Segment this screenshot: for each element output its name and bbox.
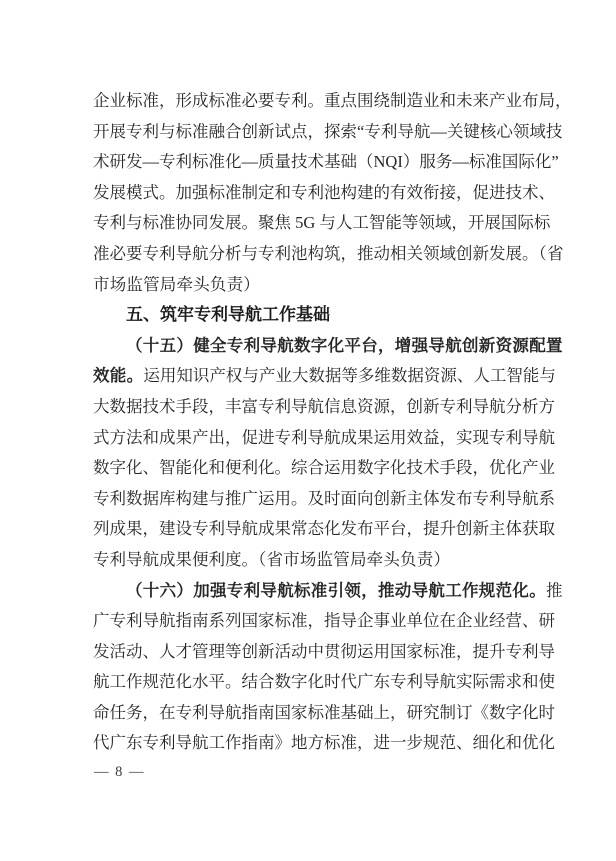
text-segment: 专利数据库构建与推广运用。及时面向创新主体发布专利导航系 [93, 489, 555, 508]
text-segment: 发活动、人才管理等创新活动中贯彻运用国家标准，提升专利导 [93, 642, 555, 661]
section-heading: 五、筑牢专利导航工作基础 [93, 300, 545, 331]
text-line: 命任务，在专利导航指南国家标准基础上，研究制订《数字化时 [93, 698, 545, 729]
text-line: 式方法和成果产出，促进专利导航成果运用效益，实现专利导航 [93, 423, 545, 454]
text-line: 发展模式。加强标准制定和专利池构建的有效衔接，促进技术、 [93, 178, 545, 209]
text-segment: 推 [546, 581, 563, 600]
text-line: 效能。运用知识产权与产业大数据等多维数据资源、人工智能与 [93, 361, 545, 392]
text-segment: 列成果，建设专利导航成果常态化发布平台，提升创新主体获取 [93, 519, 555, 538]
document-body: 企业标准，形成标准必要专利。重点围绕制造业和未来产业布局，开展专利与标准融合创新… [93, 86, 545, 759]
text-segment: （十六）加强专利导航标准引领，推动导航工作规范化。 [126, 581, 546, 600]
text-line: 开展专利与标准融合创新试点，探索“专利导航—关键核心领域技 [93, 117, 545, 148]
text-line: 专利与标准协同发展。聚焦 5G 与人工智能等领域，开展国际标 [93, 208, 545, 239]
section-heading-text: 五、筑牢专利导航工作基础 [126, 305, 330, 324]
text-line: 广专利导航指南系列国家标准，指导企事业单位在企业经营、研 [93, 606, 545, 637]
text-line: （十六）加强专利导航标准引领，推动导航工作规范化。推 [93, 576, 545, 607]
text-segment: 专利与标准协同发展。聚焦 5G 与人工智能等领域，开展国际标 [93, 213, 550, 232]
text-segment: 效能。 [93, 366, 143, 385]
text-segment: 企业标准，形成标准必要专利。重点围绕制造业和未来产业布局， [93, 91, 572, 110]
text-segment: 准必要专利导航分析与专利池构筑，推动相关领域创新发展。 [93, 244, 539, 263]
text-segment: 广专利导航指南系列国家标准，指导企事业单位在企业经营、研 [93, 611, 555, 630]
text-line: 专利数据库构建与推广运用。及时面向创新主体发布专利导航系 [93, 484, 545, 515]
text-segment: 大数据技术手段，丰富专利导航信息资源，创新专利导航分析方 [93, 397, 555, 416]
text-segment: 运用知识产权与产业大数据等多维数据资源、人工智能与 [143, 366, 556, 385]
text-line: （十五）健全专利导航数字化平台，增强导航创新资源配置 [93, 331, 545, 362]
text-line: 代广东专利导航工作指南》地方标准，进一步规范、细化和优化 [93, 728, 545, 759]
text-line: 列成果，建设专利导航成果常态化发布平台，提升创新主体获取 [93, 514, 545, 545]
text-line: 企业标准，形成标准必要专利。重点围绕制造业和未来产业布局， [93, 86, 545, 117]
text-segment: （省 [539, 244, 564, 263]
text-line: 数字化、智能化和便利化。综合运用数字化技术手段，优化产业 [93, 453, 545, 484]
text-segment: 专利导航成果便利度。 [93, 550, 258, 569]
text-line: 航工作规范化水平。结合数字化时代广东专利导航实际需求和使 [93, 667, 545, 698]
text-segment: 命任务，在专利导航指南国家标准基础上，研究制订《数字化时 [93, 703, 555, 722]
document-page: 企业标准，形成标准必要专利。重点围绕制造业和未来产业布局，开展专利与标准融合创新… [0, 0, 616, 861]
page-number: — 8 — [94, 762, 145, 782]
text-segment: 市场监管局牵头负责） [93, 275, 260, 294]
text-segment: 术研发—专利标准化—质量技术基础（NQI）服务—标准国际化” [93, 152, 559, 171]
text-line: 术研发—专利标准化—质量技术基础（NQI）服务—标准国际化” [93, 147, 545, 178]
text-line: 市场监管局牵头负责） [93, 270, 545, 301]
text-segment: 发展模式。加强标准制定和专利池构建的有效衔接，促进技术、 [93, 183, 555, 202]
text-segment: 式方法和成果产出，促进专利导航成果运用效益，实现专利导航 [93, 428, 555, 447]
text-line: 大数据技术手段，丰富专利导航信息资源，创新专利导航分析方 [93, 392, 545, 423]
text-segment: 航工作规范化水平。结合数字化时代广东专利导航实际需求和使 [93, 672, 555, 691]
text-segment: 开展专利与标准融合创新试点，探索“专利导航—关键核心领域技 [93, 122, 562, 141]
text-segment: 数字化、智能化和便利化。综合运用数字化技术手段，优化产业 [93, 458, 555, 477]
text-line: 准必要专利导航分析与专利池构筑，推动相关领域创新发展。（省 [93, 239, 545, 270]
text-segment: 代广东专利导航工作指南》地方标准，进一步规范、细化和优化 [93, 733, 555, 752]
text-segment: （十五）健全专利导航数字化平台，增强导航创新资源配置 [126, 336, 563, 355]
text-line: 专利导航成果便利度。（省市场监管局牵头负责） [93, 545, 545, 576]
text-line: 发活动、人才管理等创新活动中贯彻运用国家标准，提升专利导 [93, 637, 545, 668]
text-segment: （省市场监管局牵头负责） [258, 550, 450, 569]
